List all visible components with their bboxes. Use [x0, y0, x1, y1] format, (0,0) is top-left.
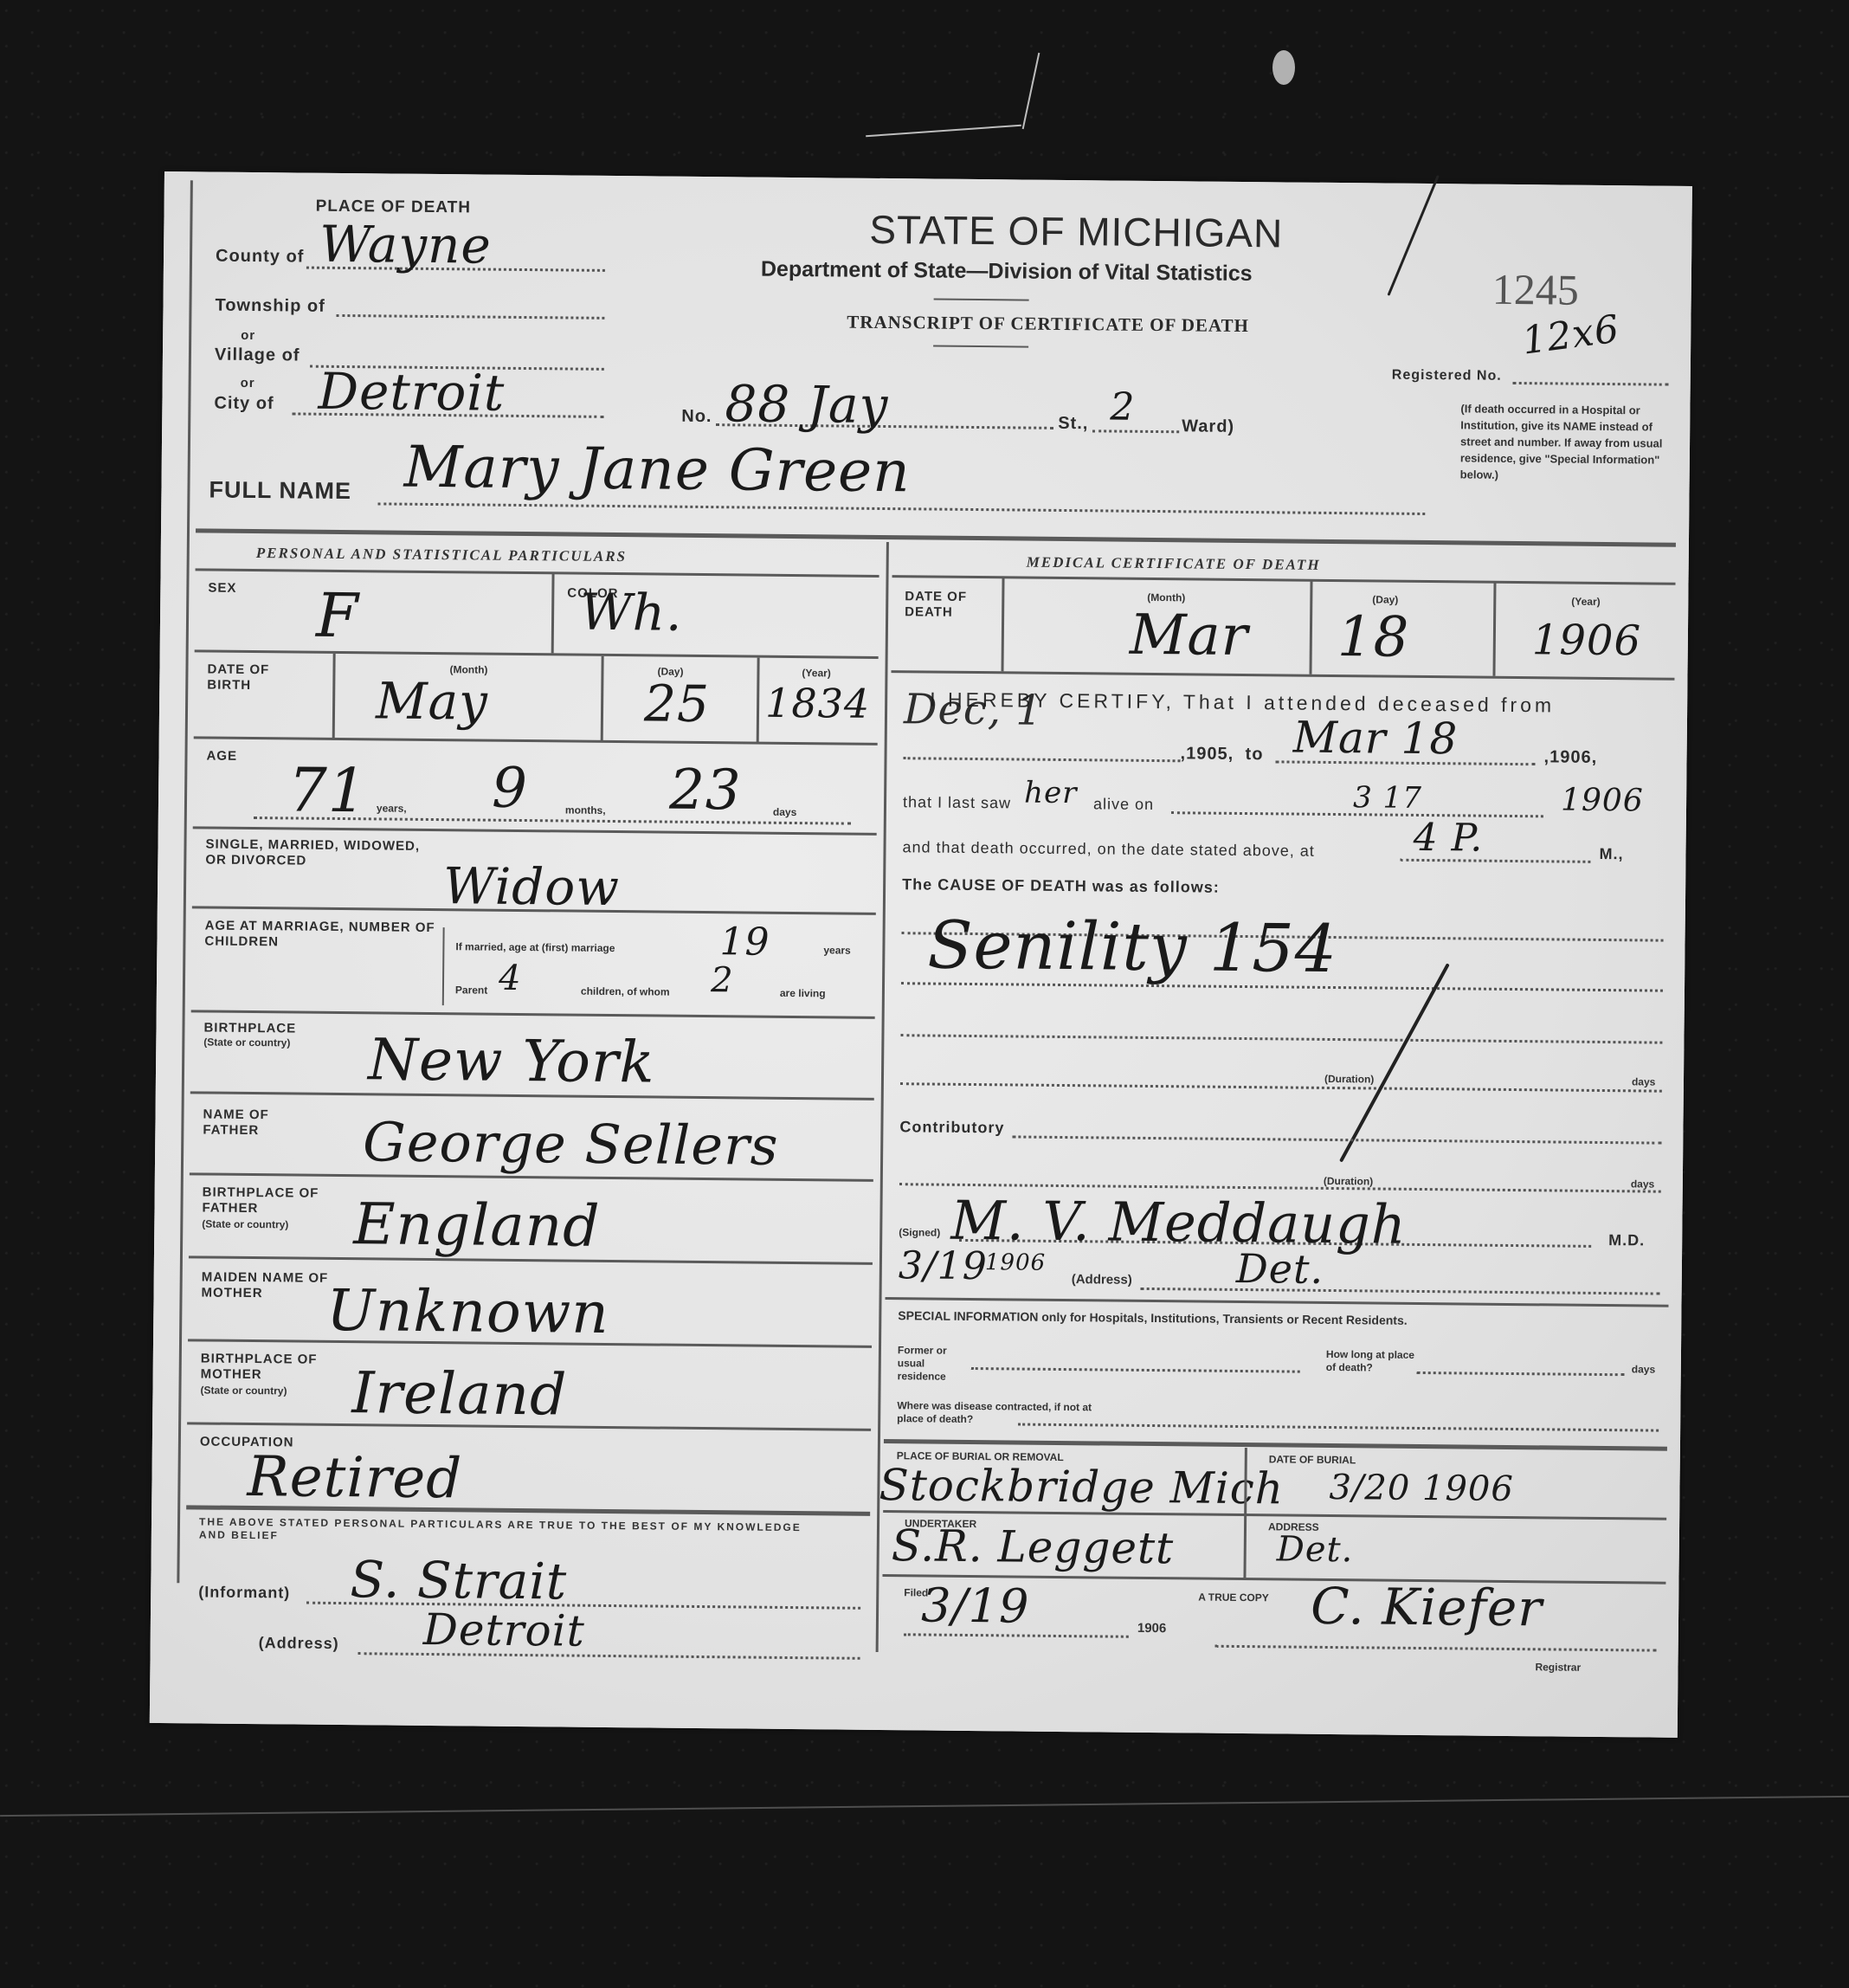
filed-field[interactable]: [904, 1633, 1129, 1637]
marriage-age-suffix: years: [823, 944, 851, 957]
row-rule: [892, 575, 1676, 585]
attended-from-value: Dec, 1: [904, 685, 1043, 735]
ward-value: 2: [1110, 385, 1135, 429]
cell-divider: [1309, 581, 1312, 674]
city-label: City of: [214, 394, 274, 415]
md-label: M.D.: [1608, 1231, 1645, 1249]
hospital-note: (If death occurred in a Hospital or Inst…: [1460, 400, 1673, 484]
father-value: George Sellers: [363, 1110, 779, 1178]
mother-birthplace-sub: (State or country): [200, 1384, 287, 1397]
death-certificate: PLACE OF DEATH STATE OF MICHIGAN Departm…: [150, 171, 1692, 1738]
dod-year-value: 1906: [1532, 616, 1642, 665]
cause-value: Senility 154: [927, 907, 1337, 988]
medical-heading: MEDICAL CERTIFICATE OF DEATH: [1027, 554, 1321, 574]
age-label: AGE: [206, 748, 237, 764]
street-suffix-label: St.,: [1058, 414, 1088, 434]
dob-day-value: 25: [644, 674, 710, 733]
attended-from-field[interactable]: [904, 757, 1181, 762]
how-long-label: How long at place of death?: [1326, 1348, 1421, 1375]
contributory-label: Contributory: [899, 1118, 1004, 1137]
signed-value: M. V. Meddaugh: [950, 1189, 1407, 1256]
how-long-days-label: days: [1632, 1363, 1656, 1376]
dob-year-label: (Year): [802, 667, 831, 680]
to-label: to: [1245, 745, 1263, 765]
check-mark-stroke: [1388, 175, 1440, 296]
cell-divider: [332, 654, 336, 739]
informant-value: S. Strait: [350, 1550, 567, 1610]
months-label: months,: [565, 804, 606, 816]
dust-speck: [1272, 50, 1295, 85]
filed-value: 3/19: [921, 1578, 1030, 1633]
physician-address-field[interactable]: [1141, 1288, 1660, 1295]
title-rule: [934, 299, 1029, 301]
marriage-age-value: 19: [719, 920, 770, 965]
occupation-value: Retired: [247, 1445, 462, 1511]
to-year: ,1906,: [1543, 747, 1597, 768]
row-rule: [195, 649, 879, 659]
stamped-number: 1245: [1491, 264, 1579, 315]
father-birthplace-value: England: [353, 1191, 601, 1260]
signed-label: (Signed): [899, 1226, 940, 1239]
cancel-slash: [1339, 963, 1450, 1162]
children-suffix: are living: [780, 987, 826, 1001]
street-value: 88 Jay: [725, 374, 888, 435]
registrar-value: C. Kiefer: [1311, 1577, 1543, 1638]
duration-days-label: days: [1632, 1075, 1656, 1088]
mother-birthplace-value: Ireland: [351, 1359, 568, 1428]
cause-label: The CAUSE OF DEATH was as follows:: [902, 875, 1220, 897]
city-value: Detroit: [318, 362, 505, 423]
dob-year-value: 1834: [765, 680, 871, 727]
cause-field-3[interactable]: [900, 1034, 1662, 1043]
birthplace-value: New York: [368, 1026, 655, 1095]
signed-year: 1906: [985, 1249, 1046, 1276]
or-label: or: [241, 376, 255, 391]
undertaker-address-value: Det.: [1277, 1529, 1354, 1570]
from-year: ,1905,: [1180, 744, 1234, 765]
duration-field[interactable]: [900, 1082, 1662, 1092]
informant-address-value: Detroit: [423, 1604, 585, 1656]
how-long-field[interactable]: [1417, 1372, 1625, 1376]
village-label: Village of: [215, 345, 300, 366]
mother-value: Unknown: [326, 1277, 609, 1346]
dod-day-label: (Day): [1372, 593, 1398, 606]
children-mid: children, of whom: [581, 985, 670, 999]
state-title: STATE OF MICHIGAN: [869, 206, 1283, 257]
marriage-label: AGE AT MARRIAGE, NUMBER OF CHILDREN: [204, 918, 438, 952]
registered-no-label: Registered No.: [1392, 368, 1502, 384]
row-rule: [884, 1439, 1667, 1451]
age-days: 23: [669, 758, 742, 823]
physician-address-label: (Address): [1072, 1273, 1132, 1287]
title-rule: [933, 345, 1028, 348]
ward-field[interactable]: [1092, 429, 1179, 433]
contributory-field[interactable]: [1012, 1135, 1661, 1144]
margin-rule: [177, 180, 193, 1583]
marital-label: SINGLE, MARRIED, WIDOWED, OR DIVORCED: [205, 836, 430, 869]
informant-label: (Informant): [198, 1583, 290, 1602]
sex-label: SEX: [208, 581, 236, 597]
filed-year: 1906: [1137, 1622, 1167, 1635]
age-months: 9: [492, 757, 528, 821]
section-rule: [196, 528, 1676, 546]
last-saw-label: that I last saw: [903, 793, 1011, 812]
children-born: 4: [499, 958, 522, 998]
father-birthplace-label: BIRTHPLACE OF FATHER: [202, 1184, 323, 1217]
burial-place-value: Stockbridge Mich: [879, 1460, 1284, 1514]
row-rule: [196, 568, 879, 578]
last-saw-value: her: [1024, 776, 1078, 811]
birthplace-label: BIRTHPLACE: [203, 1020, 296, 1036]
father-birthplace-sub: (State or country): [202, 1217, 288, 1231]
sex-value: F: [316, 580, 359, 651]
department-title: Department of State—Division of Vital St…: [761, 257, 1253, 287]
cell-divider: [1002, 578, 1005, 671]
color-value: Wh.: [580, 583, 683, 642]
row-rule: [186, 1505, 870, 1516]
cell-divider: [757, 658, 760, 743]
days-label: days: [773, 806, 797, 819]
dob-month-value: May: [376, 671, 488, 731]
row-rule: [193, 826, 877, 836]
undertaker-value: S.R. Leggett: [892, 1520, 1175, 1573]
children-prefix: Parent: [455, 984, 488, 997]
county-label: County of: [216, 247, 305, 268]
alive-on-year: 1906: [1561, 783, 1644, 819]
registered-no-field[interactable]: [1513, 382, 1669, 386]
former-residence-label: Former or usual residence: [898, 1344, 976, 1384]
mother-label: MAIDEN NAME OF MOTHER: [201, 1269, 331, 1301]
death-time-value: 4 P.: [1413, 816, 1483, 861]
father-label: NAME OF FATHER: [203, 1107, 298, 1139]
or-label: or: [241, 328, 255, 344]
burial-date-value: 3/20 1906: [1329, 1468, 1514, 1509]
special-info-heading: SPECIAL INFORMATION only for Hospitals, …: [898, 1309, 1407, 1327]
township-label: Township of: [215, 296, 325, 317]
cell-divider: [1492, 583, 1496, 676]
burial-date-label: DATE OF BURIAL: [1269, 1453, 1356, 1467]
birthplace-sub: (State or country): [203, 1036, 290, 1049]
contributory-duration-label: (Duration): [1324, 1175, 1373, 1189]
cell-divider: [551, 573, 555, 653]
county-value: Wayne: [319, 215, 492, 275]
dod-month-value: Mar: [1130, 603, 1249, 668]
dod-day-value: 18: [1337, 605, 1410, 670]
street-no-label: No.: [681, 407, 712, 427]
dob-label: DATE OF BIRTH: [207, 662, 311, 694]
duration-label: (Duration): [1324, 1073, 1374, 1087]
physician-address-value: Det.: [1236, 1245, 1324, 1293]
informant-address-label: (Address): [259, 1634, 339, 1653]
cell-divider: [601, 656, 604, 741]
personal-heading: PERSONAL AND STATISTICAL PARTICULARS: [256, 545, 627, 565]
children-living: 2: [711, 960, 734, 1000]
row-rule: [886, 1297, 1669, 1307]
true-copy-label: A TRUE COPY: [1198, 1591, 1269, 1605]
full-name-label: FULL NAME: [209, 477, 351, 506]
film-scratch: [1022, 53, 1040, 129]
alive-on-label: alive on: [1093, 795, 1154, 814]
attended-to-value: Mar 18: [1293, 713, 1459, 765]
alive-on-value: 3 17: [1353, 780, 1422, 816]
contracted-field[interactable]: [1018, 1423, 1659, 1432]
mother-birthplace-label: BIRTHPLACE OF MOTHER: [201, 1351, 322, 1383]
full-name-value: Mary Jane Green: [403, 434, 911, 506]
ward-label: Ward): [1182, 416, 1234, 437]
marriage-age-prefix: If married, age at (first) marriage: [455, 940, 615, 955]
film-scratch: [866, 125, 1021, 138]
attestation-text: THE ABOVE STATED PERSONAL PARTICULARS AR…: [199, 1515, 822, 1547]
registrar-field[interactable]: [1215, 1645, 1657, 1652]
former-residence-field[interactable]: [971, 1367, 1300, 1373]
row-rule: [194, 736, 878, 745]
signed-date: 3/19: [899, 1243, 988, 1288]
row-rule: [891, 670, 1674, 681]
bracket: [442, 927, 445, 1005]
registrar-label: Registrar: [1535, 1661, 1581, 1675]
years-label: years,: [377, 802, 407, 815]
handwritten-ref: 12x6: [1519, 307, 1621, 364]
row-rule: [191, 1010, 875, 1019]
dod-label: DATE OF DEATH: [905, 589, 991, 621]
dod-year-label: (Year): [1571, 596, 1601, 609]
form-title: TRANSCRIPT OF CERTIFICATE OF DEATH: [847, 312, 1249, 337]
film-crease: [0, 1796, 1849, 1817]
death-time-suffix: M.,: [1599, 845, 1623, 863]
age-years: 71: [288, 754, 368, 826]
death-time-text: and that death occurred, on the date sta…: [902, 838, 1314, 861]
contributory-days-label: days: [1631, 1178, 1655, 1191]
township-field[interactable]: [336, 314, 604, 319]
